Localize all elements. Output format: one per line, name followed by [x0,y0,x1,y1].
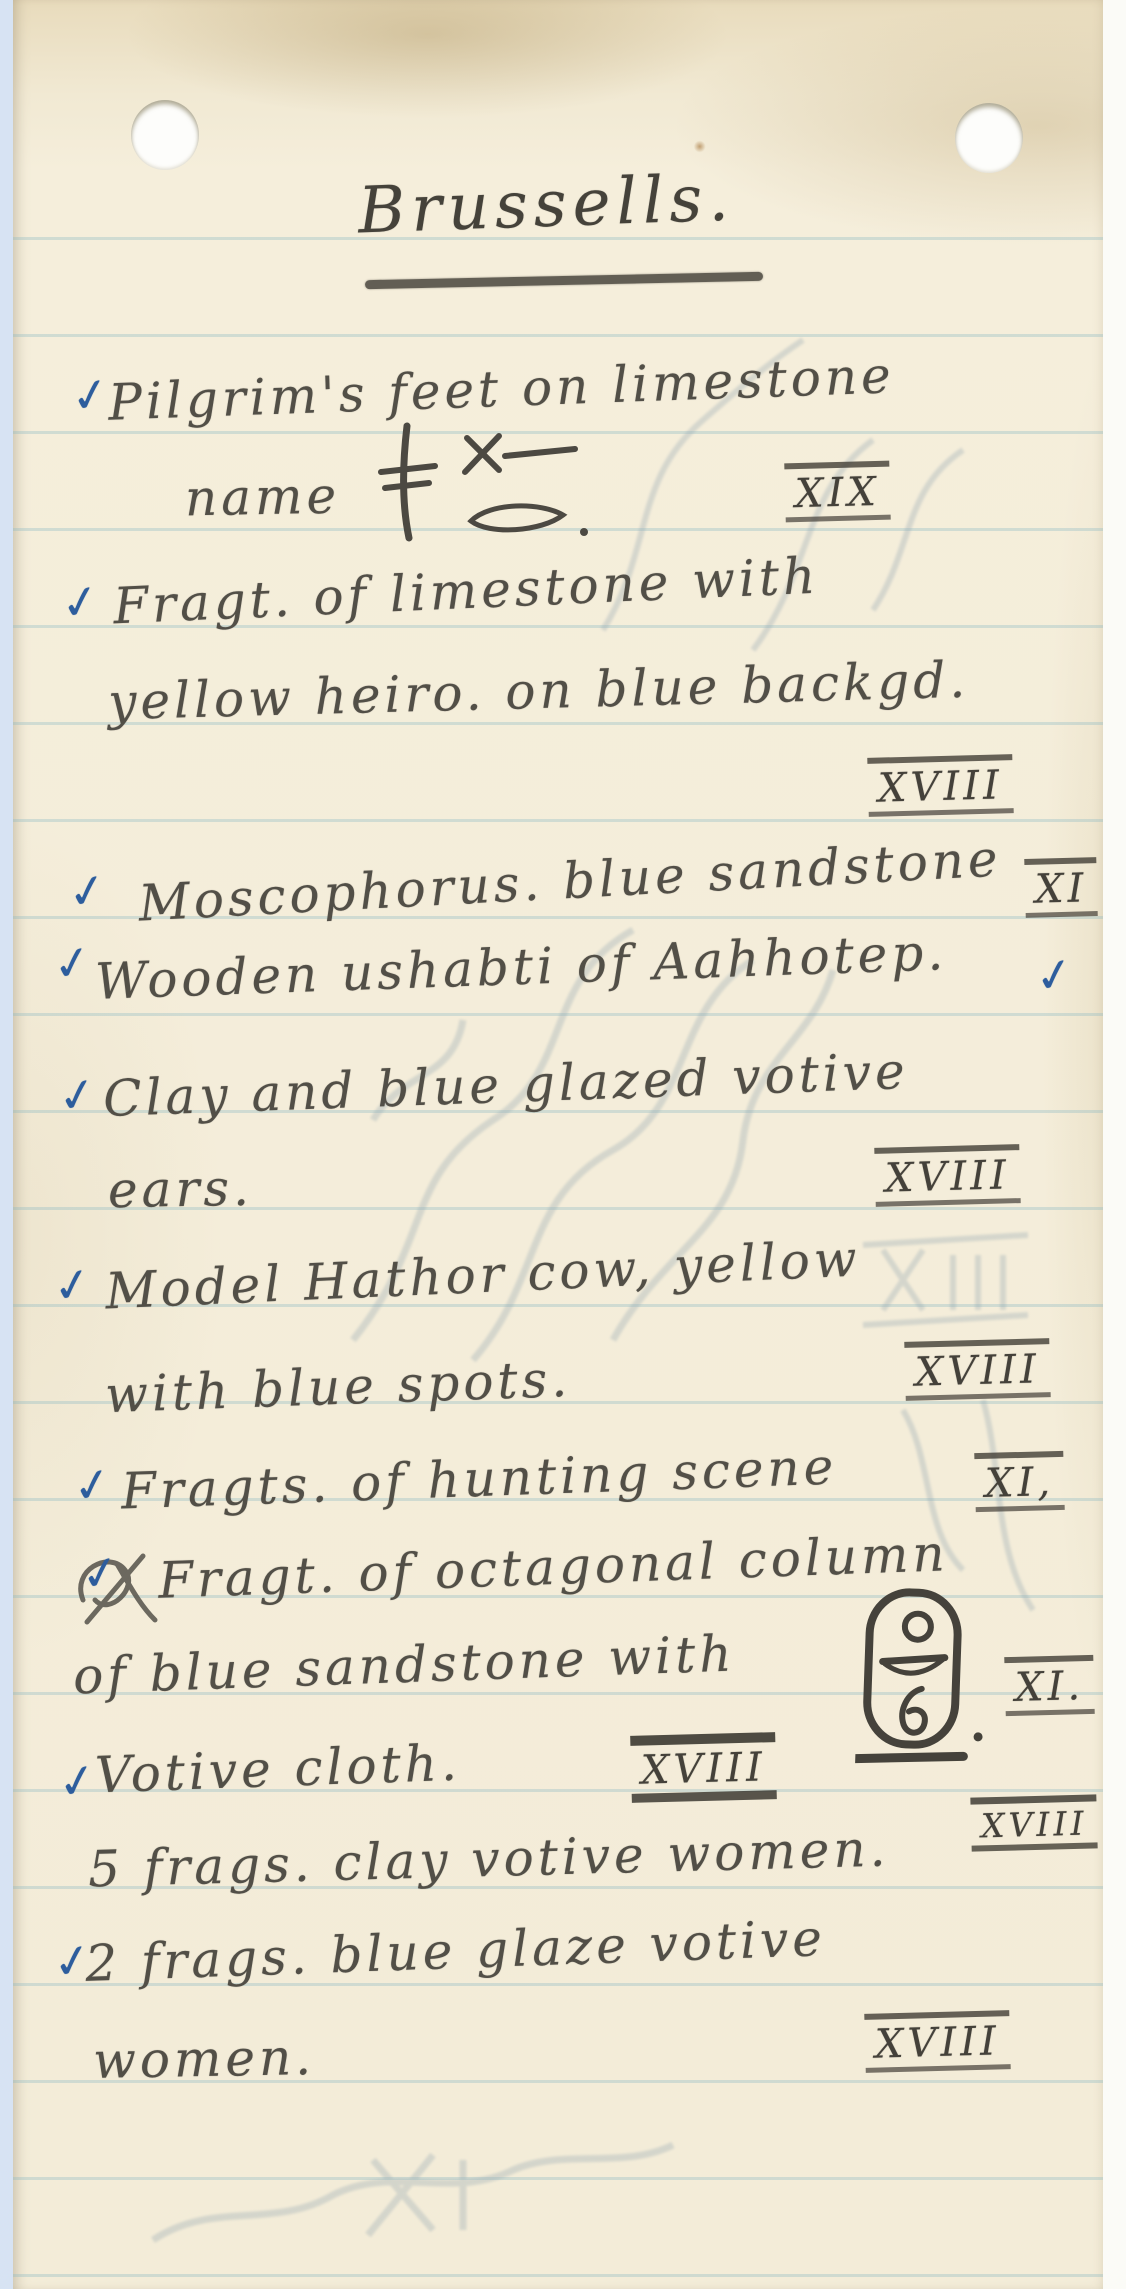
entry-8-plate-number: XI. [1004,1655,1095,1716]
entry-7-plate-number: XI, [974,1451,1065,1512]
entry-9-plate-number: XVIII [630,1732,776,1803]
scanned-notebook-page: Brussells. ✓ Pilgrim's feet on limestone… [0,0,1126,2289]
bleed-through-marks [133,2100,693,2270]
entry-5-plate-number: XVIII [874,1144,1020,1207]
entry-1-line-2: name [185,467,341,528]
notebook-paper: Brussells. ✓ Pilgrim's feet on limestone… [13,0,1103,2289]
hieroglyphic-name-icon [373,418,593,553]
entry-1-plate-number: XIX [784,461,890,523]
entry-3-plate-number: XI [1024,857,1098,918]
punch-hole-left [131,100,199,170]
entry-11-plate-number: XVIII [864,2010,1010,2073]
scan-background-left-edge [0,0,13,2289]
entry-10-plate-number: XVIII [970,1794,1098,1851]
page-title: Brussells. [357,161,736,248]
entry-5-line-2: ears. [108,1159,254,1220]
royal-name-cartouche-icon [855,1583,997,1780]
entry-11-line-2: women. [93,2028,316,2090]
scan-background-right-edge [1103,0,1126,2289]
entry-2-plate-number: XVIII [867,754,1013,817]
entry-6-plate-number: XVIII [904,1338,1050,1401]
